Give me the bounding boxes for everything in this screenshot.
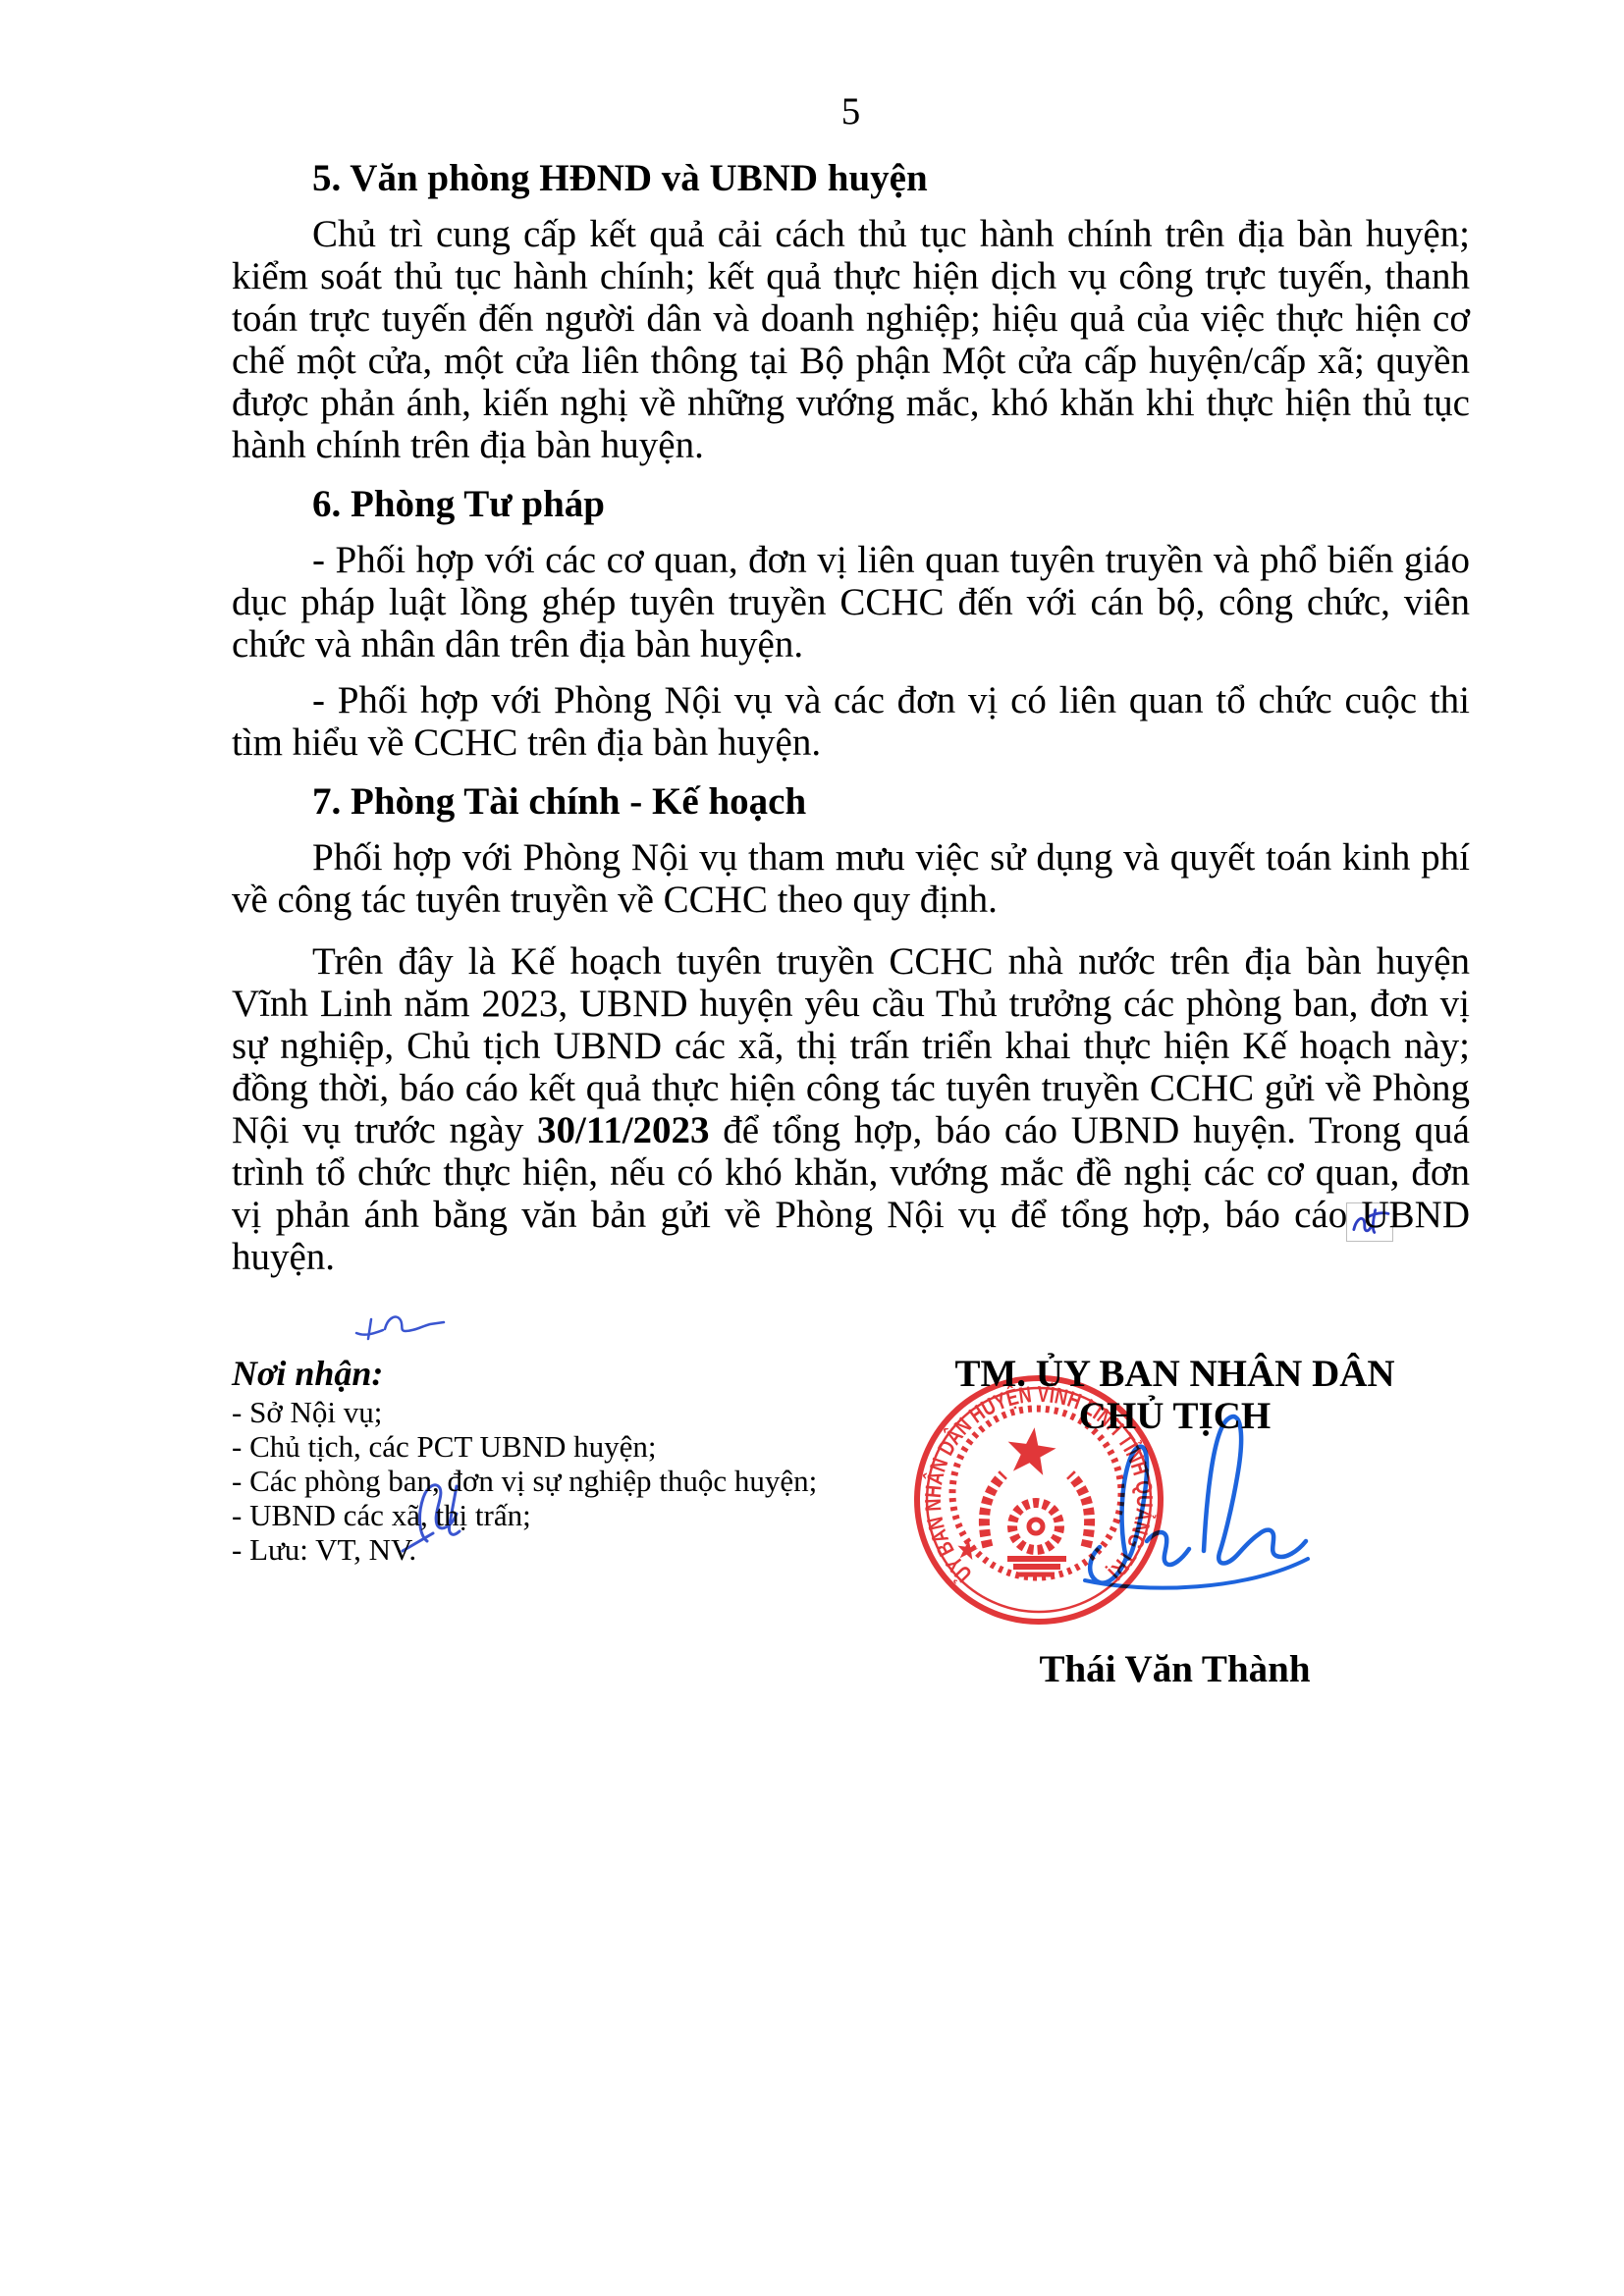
recipient-item: - Sở Nội vụ; (232, 1395, 880, 1429)
signature-block: TM. ỦY BAN NHÂN DÂN CHỦ TỊCH Thái Văn Th… (880, 1353, 1470, 1690)
page-number: 5 (232, 90, 1470, 133)
signer-name: Thái Văn Thành (880, 1648, 1470, 1690)
section-6-paragraph-1: - Phối hợp với các cơ quan, đơn vị liên … (232, 539, 1470, 666)
recipients-block: Nơi nhận: - Sở Nội vụ; - Chủ tịch, các P… (232, 1353, 880, 1690)
section-7-paragraph: Phối hợp với Phòng Nội vụ tham mưu việc … (232, 836, 1470, 921)
recipient-item: - Các phòng ban, đơn vị sự nghiệp thuộc … (232, 1464, 880, 1498)
signature-footer: Nơi nhận: - Sở Nội vụ; - Chủ tịch, các P… (232, 1353, 1470, 1690)
section-5-paragraph: Chủ trì cung cấp kết quả cải cách thủ tụ… (232, 213, 1470, 466)
closing-deadline-date: 30/11/2023 (537, 1109, 710, 1151)
recipient-item: - UBND các xã, thị trấn; (232, 1498, 880, 1532)
signer-title: CHỦ TỊCH (880, 1395, 1470, 1437)
signature-space (880, 1437, 1470, 1648)
section-heading-5: 5. Văn phòng HĐND và UBND huyện (232, 157, 1470, 199)
document-content: 5 5. Văn phòng HĐND và UBND huyện Chủ tr… (0, 0, 1624, 1690)
section-6-paragraph-2: - Phối hợp với Phòng Nội vụ và các đơn v… (232, 679, 1470, 764)
recipient-item: - Chủ tịch, các PCT UBND huyện; (232, 1429, 880, 1464)
recipients-label: Nơi nhận: (232, 1353, 880, 1395)
closing-paragraph: Trên đây là Kế hoạch tuyên truyền CCHC n… (232, 940, 1470, 1278)
section-heading-6: 6. Phòng Tư pháp (232, 483, 1470, 525)
section-heading-7: 7. Phòng Tài chính - Kế hoạch (232, 780, 1470, 823)
signing-authority: TM. ỦY BAN NHÂN DÂN (880, 1353, 1470, 1395)
document-page: ỦY BAN NHÂN DÂN HUYỆN VĨNH LINH TỈNH QUẢ… (0, 0, 1624, 2296)
recipient-item: - Lưu: VT, NV. (232, 1532, 880, 1567)
